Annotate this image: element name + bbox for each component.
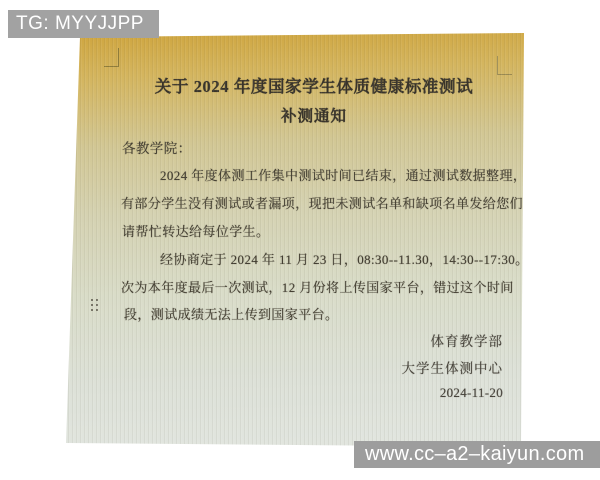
screen-photo-background: 关于 2024 年度国家学生体质健康标准测试 补测通知 各教学院： 2024 年… [0, 0, 600, 480]
page-corner-mark-left-icon [104, 48, 119, 67]
signature-date: 2024-11-20 [440, 385, 503, 401]
margin-dots-artifact-icon [91, 299, 93, 301]
paragraph1-line1: 2024 年度体测工作集中测试时间已结束，通过测试数据整理，还 [160, 165, 540, 184]
notice-title-line2: 补测通知 [115, 104, 513, 126]
notice-salutation: 各教学院： [122, 137, 192, 157]
paragraph1-line3: 请帮忙转达给每位学生。 [122, 221, 269, 240]
notice-title-line1: 关于 2024 年度国家学生体质健康标准测试 [115, 73, 513, 97]
signature-department: 体育教学部 [431, 330, 504, 350]
watermark-website-url: www.cc–a2–kaiyun.com [354, 441, 600, 468]
paragraph1-line2: 有部分学生没有测试或者漏项，现把未测试名单和缺项名单发给您们， [121, 193, 536, 212]
photo-of-notice: 关于 2024 年度国家学生体质健康标准测试 补测通知 各教学院： 2024 年… [0, 0, 600, 480]
paragraph2-line3: 段，测试成绩无法上传到国家平台。 [124, 304, 338, 323]
page-corner-mark-right-icon [497, 56, 512, 75]
signature-center: 大学生体测中心 [402, 357, 504, 377]
watermark-telegram-handle: TG: MYYJJPP [8, 10, 159, 38]
paragraph2-line2: 次为本年度最后一次测试，12 月份将上传国家平台，错过这个时间 [121, 277, 514, 296]
paragraph2-line1: 经协商定于 2024 年 11 月 23 日，08:30--11.30，14:3… [160, 249, 542, 268]
